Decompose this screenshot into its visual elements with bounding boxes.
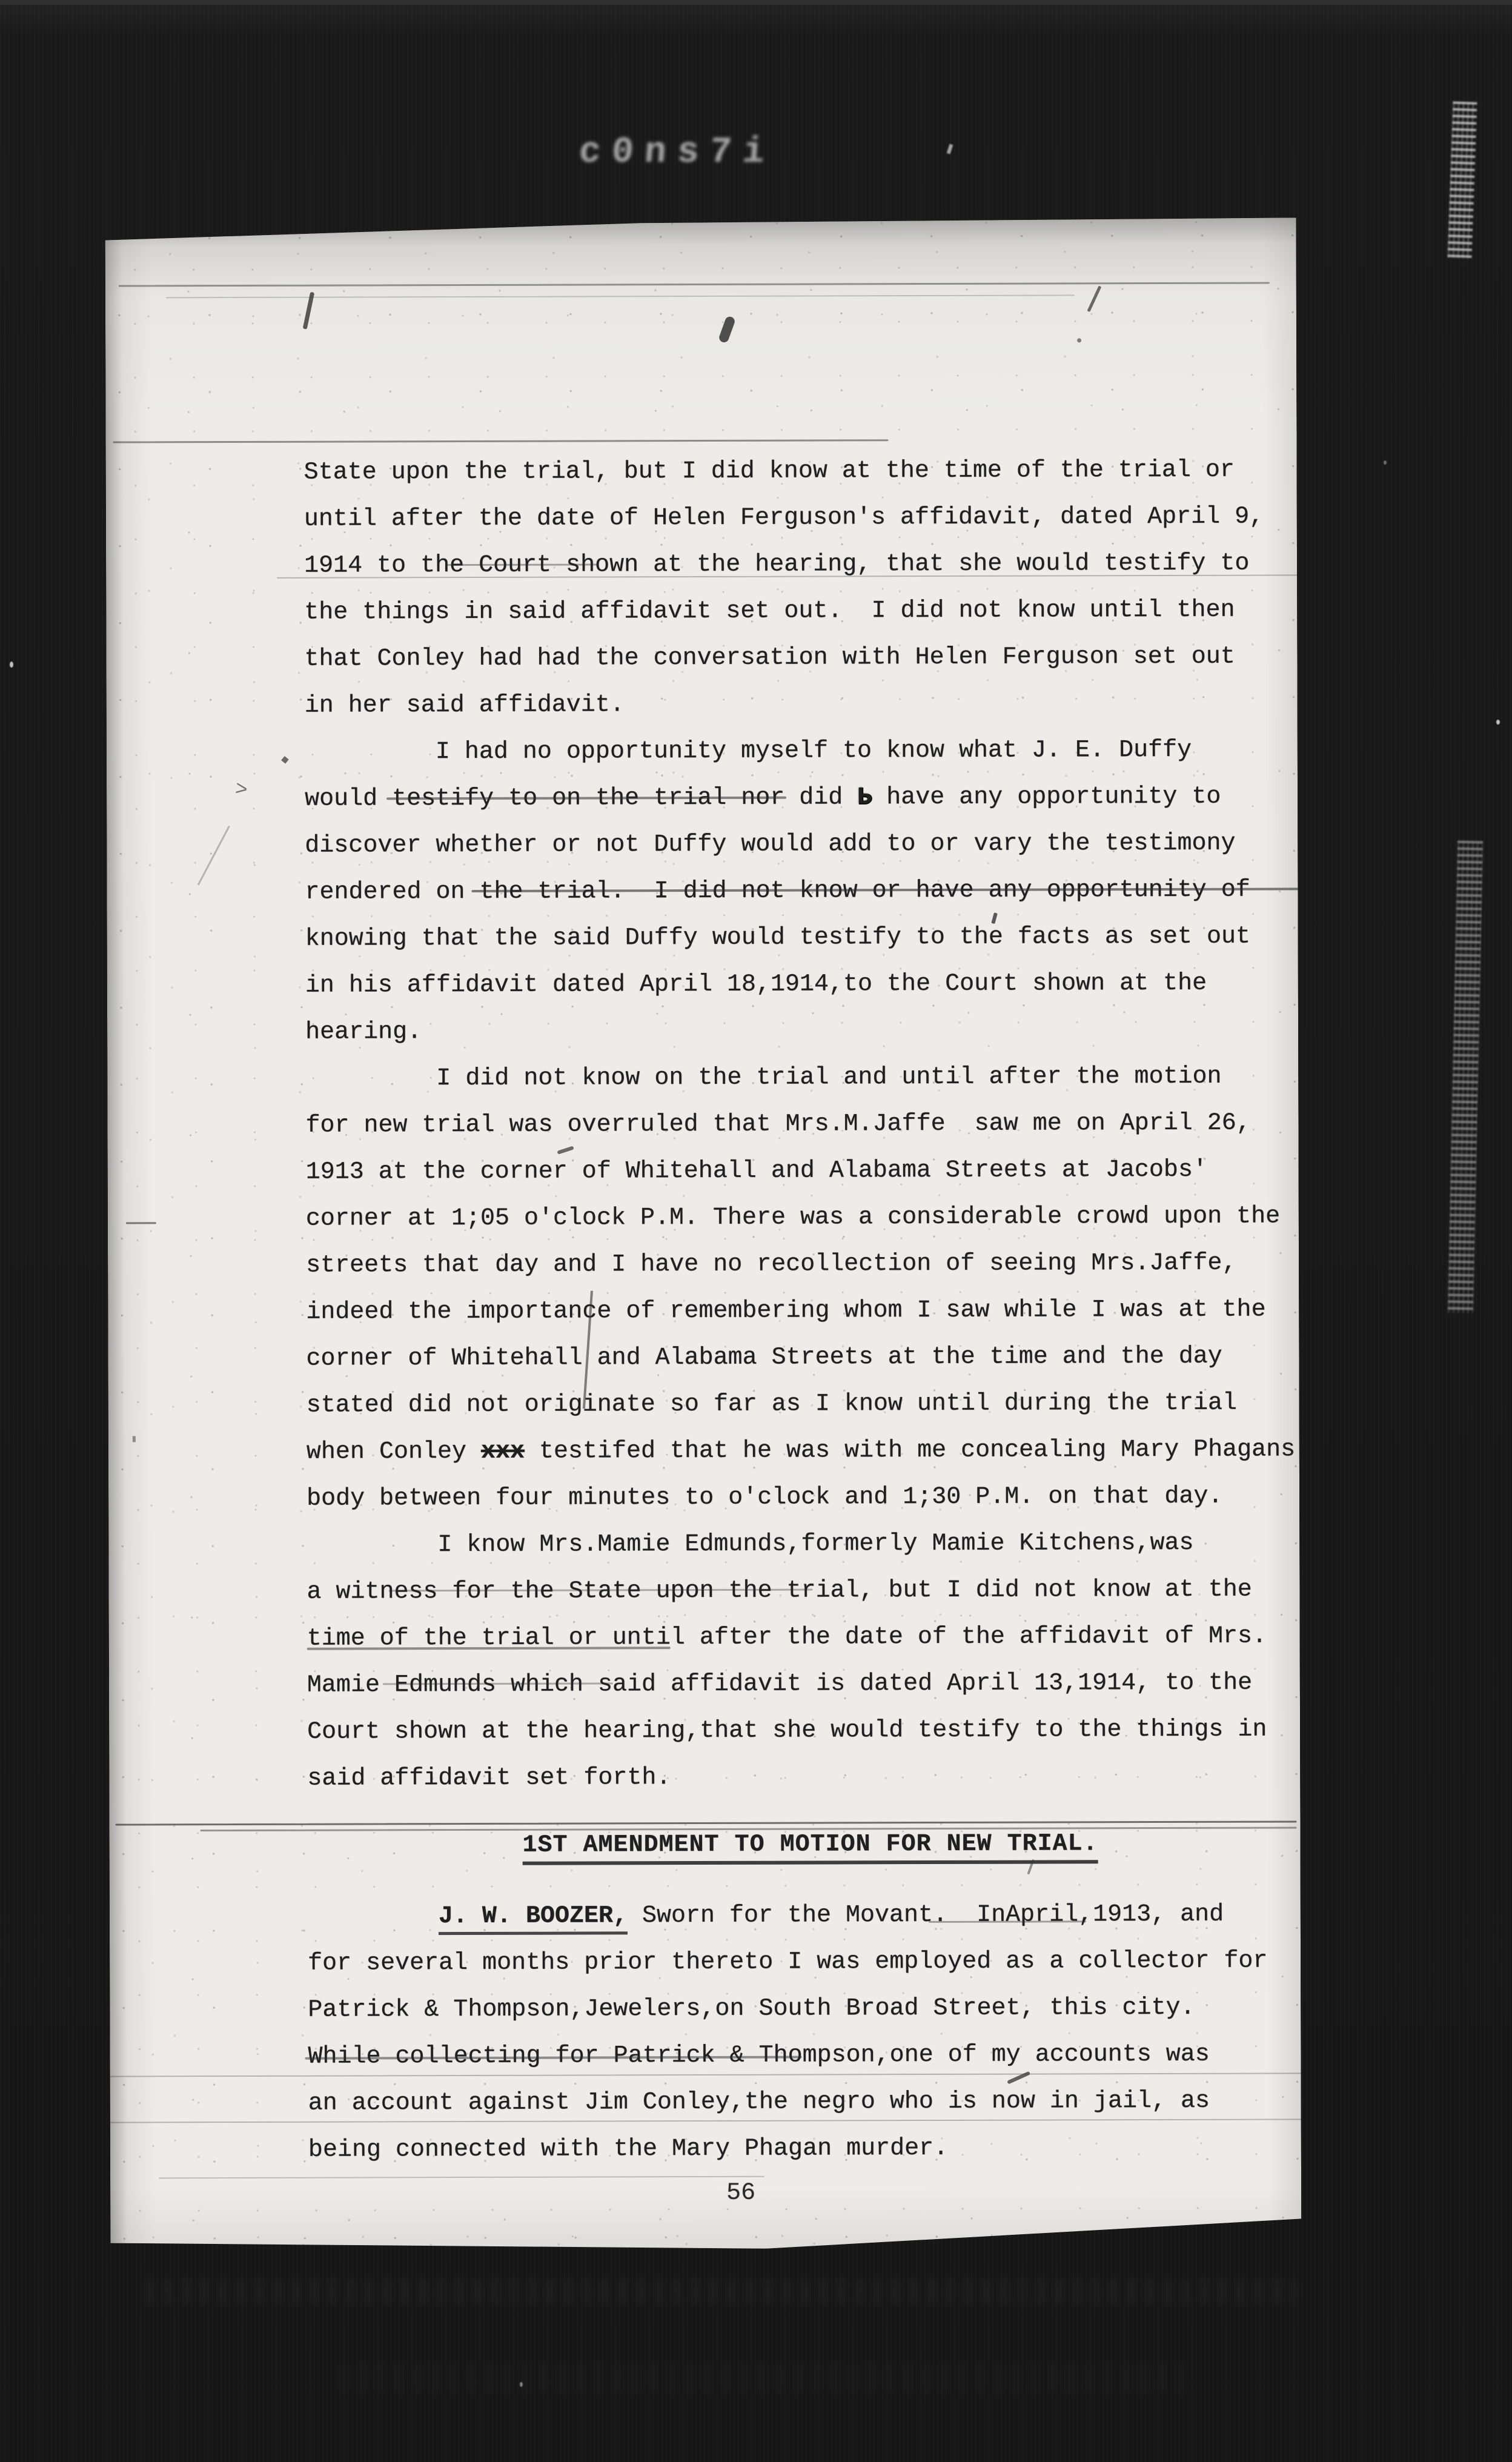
section-heading-text: 1ST AMENDMENT TO MOTION FOR NEW TRIAL. [522, 1830, 1098, 1865]
text-line: discover whether or not Duffy would add … [305, 820, 1310, 869]
scan-line-artifact [159, 2176, 764, 2179]
film-speck [1384, 460, 1387, 465]
ghost-text-band [339, 2363, 1187, 2394]
text-segment: when Conley [307, 1438, 481, 1466]
faint-stamp-text: c0ns7i [577, 132, 871, 187]
text-line: in her said affidavit. [305, 680, 1310, 729]
text-line: knowing that the said Duffy would testif… [305, 913, 1311, 962]
film-scratch-strip [1448, 841, 1483, 1314]
film-top-edge [0, 0, 1512, 5]
text-line: in his affidavit dated April 18,1914,to … [305, 960, 1311, 1009]
ghost-text-band [145, 2279, 1296, 2304]
stamp-tick-mark [947, 144, 953, 154]
film-scratch-strip [1448, 101, 1477, 258]
paragraph-start-line: I know Mrs.Mamie Edmunds,formerly Mamie … [307, 1519, 1312, 1568]
text-line: that Conley had had the conversation wit… [304, 633, 1310, 682]
text-line: for several months prior thereto I was e… [308, 1937, 1313, 1986]
ink-mark [1087, 285, 1101, 312]
microfilm-scan: c0ns7i State upon the trial, but I did k… [0, 0, 1512, 2462]
text-line-with-strikeout: when Conley xxx testifed that he was wit… [307, 1426, 1312, 1475]
text-line: indeed the importance of remembering who… [306, 1286, 1311, 1335]
text-line: 1913 at the corner of Whitehall and Alab… [306, 1146, 1311, 1195]
film-speck [1496, 720, 1500, 725]
text-segment: have any opportunity to [872, 783, 1221, 812]
text-line: until after the date of Helen Ferguson's… [304, 493, 1310, 542]
overstruck-character: Ь [857, 784, 872, 811]
text-line: State upon the trial, but I did know at … [304, 446, 1310, 496]
text-line: streets that day and I have no recollect… [306, 1239, 1311, 1289]
text-line: for new trial was overruled that Mrs.M.J… [305, 1100, 1311, 1149]
struck-out-word: xxx [481, 1438, 525, 1465]
text-line: said affidavit set forth. [307, 1753, 1313, 1802]
pencil-tick [133, 1436, 136, 1442]
scan-line-artifact [113, 439, 889, 443]
text-line: Court shown at the hearing,that she woul… [307, 1706, 1313, 1755]
text-segment: Sworn for the Movant. InApril,1913, and [628, 1901, 1224, 1930]
text-line: body between four minutes to o'clock and… [307, 1473, 1312, 1522]
text-line: the things in said affidavit set out. I … [304, 586, 1310, 635]
page-number: 56 [726, 2180, 755, 2207]
margin-dash-mark [126, 1222, 156, 1224]
margin-chevron-mark: > [234, 780, 249, 801]
paragraph-start-line: I did not know on the trial and until af… [305, 1053, 1311, 1102]
text-line: corner of Whitehall and Alabama Streets … [306, 1333, 1311, 1382]
witness-name: J. W. BOOZER, [439, 1902, 628, 1935]
scan-line-artifact [166, 294, 1075, 298]
scan-line-artifact [119, 282, 1270, 287]
text-segment: testifed that he was with me concealing … [525, 1436, 1295, 1465]
text-line: being connected with the Mary Phagan mur… [308, 2124, 1314, 2173]
typewritten-text-column: State upon the trial, but I did know at … [304, 446, 1314, 2173]
ink-dot [1077, 338, 1081, 342]
pencil-slash [197, 826, 230, 886]
witness-paragraph-start: J. W. BOOZER, Sworn for the Movant. InAp… [308, 1891, 1313, 1940]
text-line: hearing. [305, 1006, 1311, 1055]
film-speck [10, 662, 13, 668]
ink-dot [281, 756, 289, 764]
text-line: Patrick & Thompson,Jewelers,on South Bro… [308, 1984, 1313, 2033]
paragraph-start-line: I had no opportunity myself to know what… [305, 726, 1310, 775]
ink-blot [718, 315, 736, 343]
text-line: corner at 1;05 o'clock P.M. There was a … [306, 1193, 1311, 1242]
text-line: stated did not originate so far as I kno… [307, 1379, 1312, 1428]
pencil-strike [446, 563, 598, 566]
document-page: State upon the trial, but I did know at … [105, 216, 1302, 2273]
text-line: time of the trial or until after the dat… [307, 1613, 1313, 1662]
